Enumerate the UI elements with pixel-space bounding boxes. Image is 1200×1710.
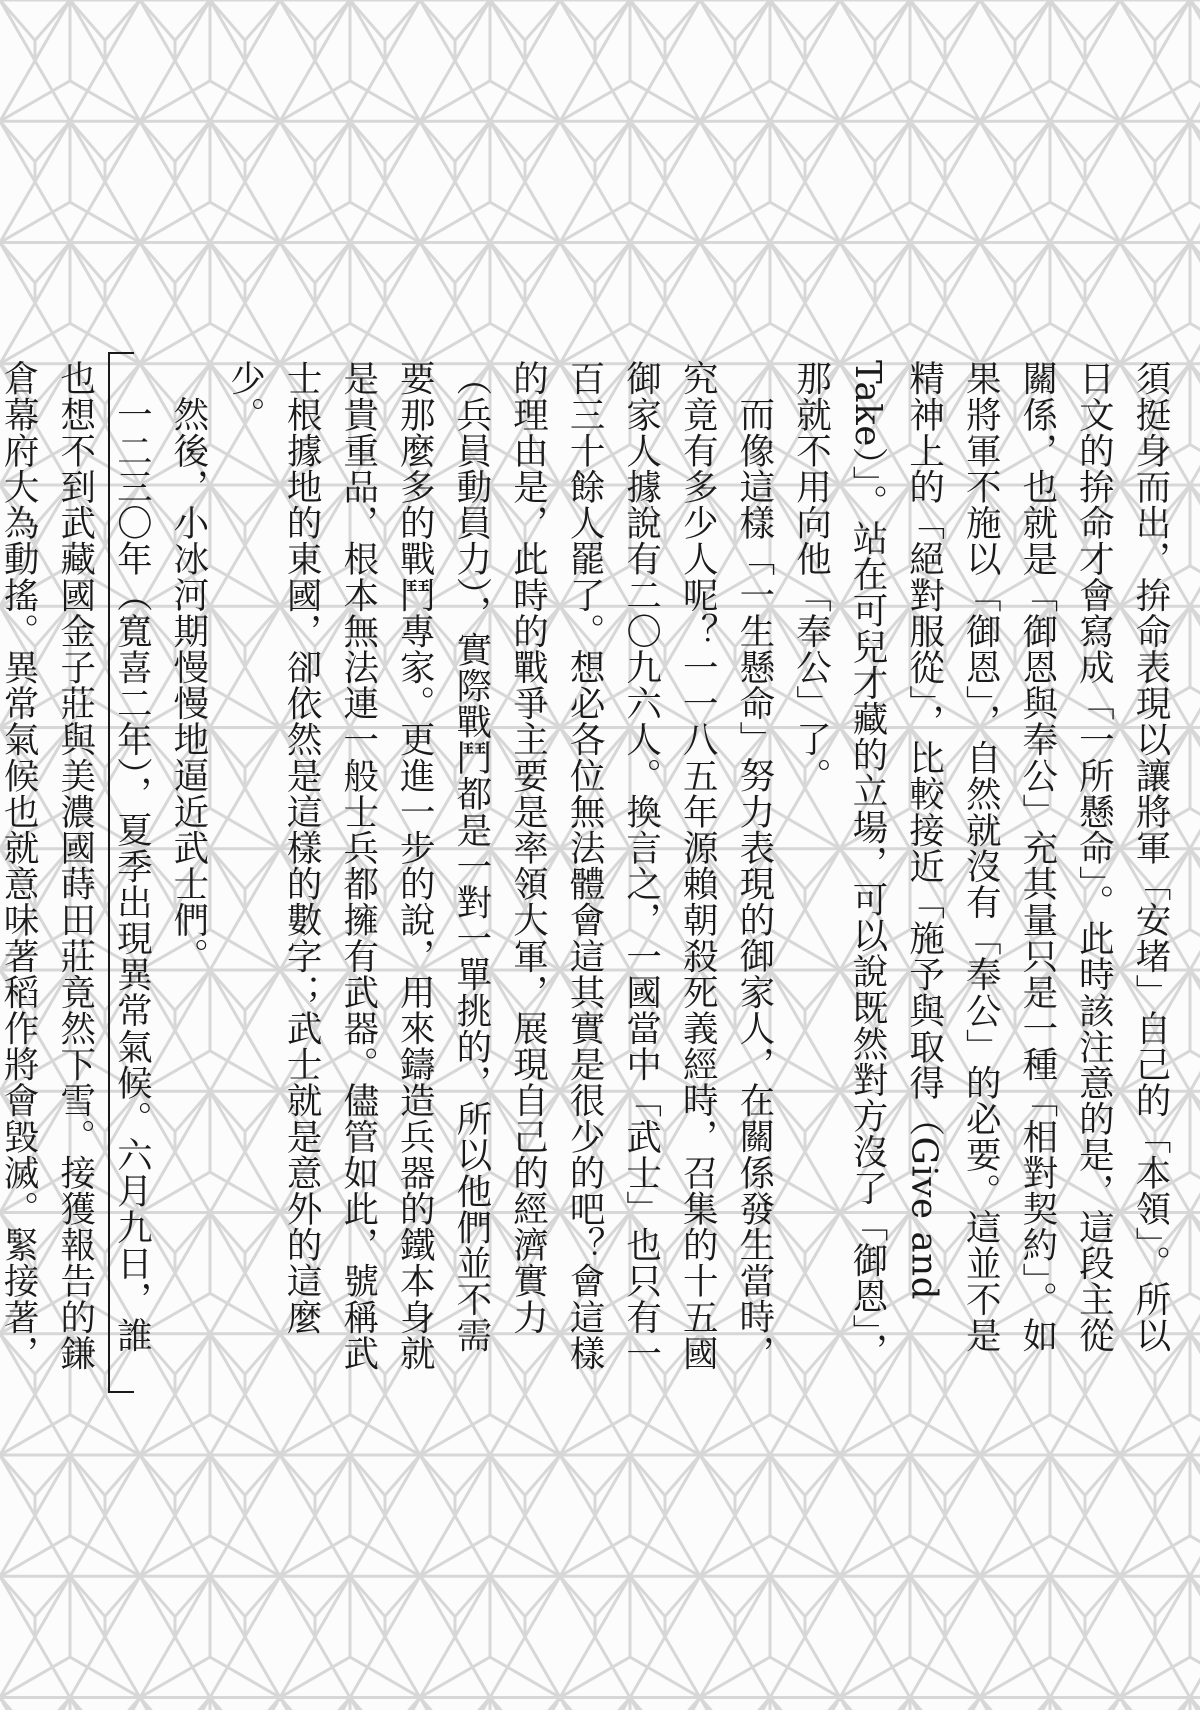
book-page: 須挺身而出，拚命表現以讓將軍「安堵」自己的「本領」。所以日文的拚命才會寫成「一所…	[0, 0, 1200, 1710]
vertical-text-body: 須挺身而出，拚命表現以讓將軍「安堵」自己的「本領」。所以日文的拚命才會寫成「一所…	[0, 360, 1178, 1380]
paragraph-2: 而像這樣「一生懸命」努力表現的御家人，在關係發生當時，究竟有多少人呢？一一八五年…	[216, 360, 782, 1380]
paragraph-1: 須挺身而出，拚命表現以讓將軍「安堵」自己的「本領」。所以日文的拚命才會寫成「一所…	[782, 360, 1178, 1380]
paragraph-3: 然後，小冰河期慢慢地逼近武士們。	[159, 360, 216, 1380]
paragraph-4: 一二三〇年（寬喜二年），夏季出現異常氣候。六月九日，誰也想不到武藏國金子莊與美濃…	[0, 360, 159, 1380]
